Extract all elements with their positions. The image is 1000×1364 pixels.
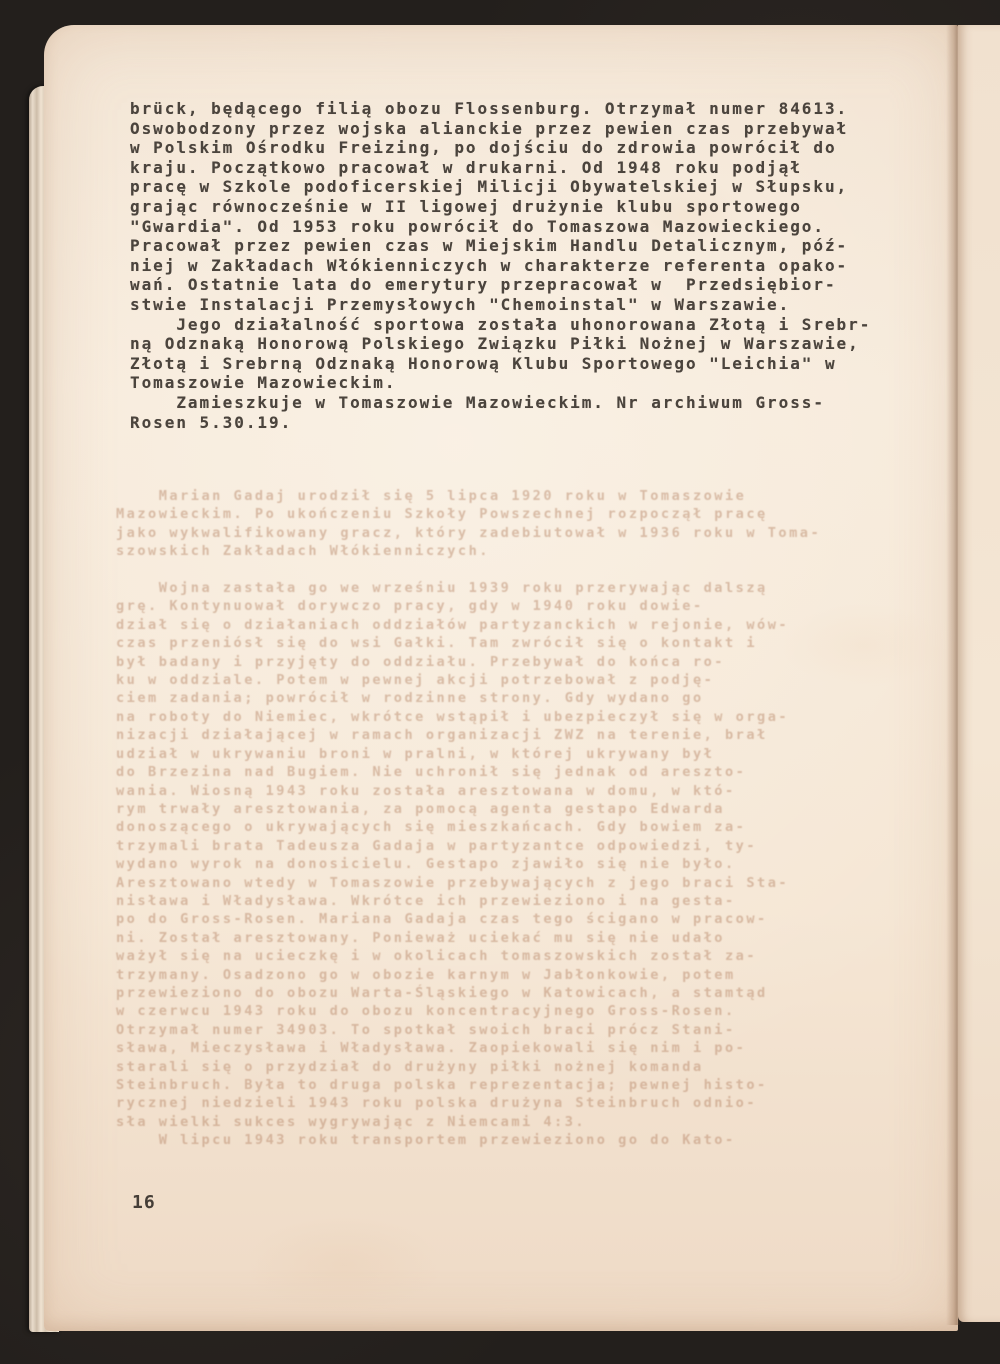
body-text: brück, będącego filią obozu Flossenburg.… [130,99,871,432]
adjacent-page-edge [958,25,1000,1322]
book-page-photo: Marian Gadaj urodził się 5 lipca 1920 ro… [0,0,1000,1364]
page-number: 16 [132,1192,156,1213]
bleedthrough-text: Marian Gadaj urodził się 5 lipca 1920 ro… [116,487,821,1150]
